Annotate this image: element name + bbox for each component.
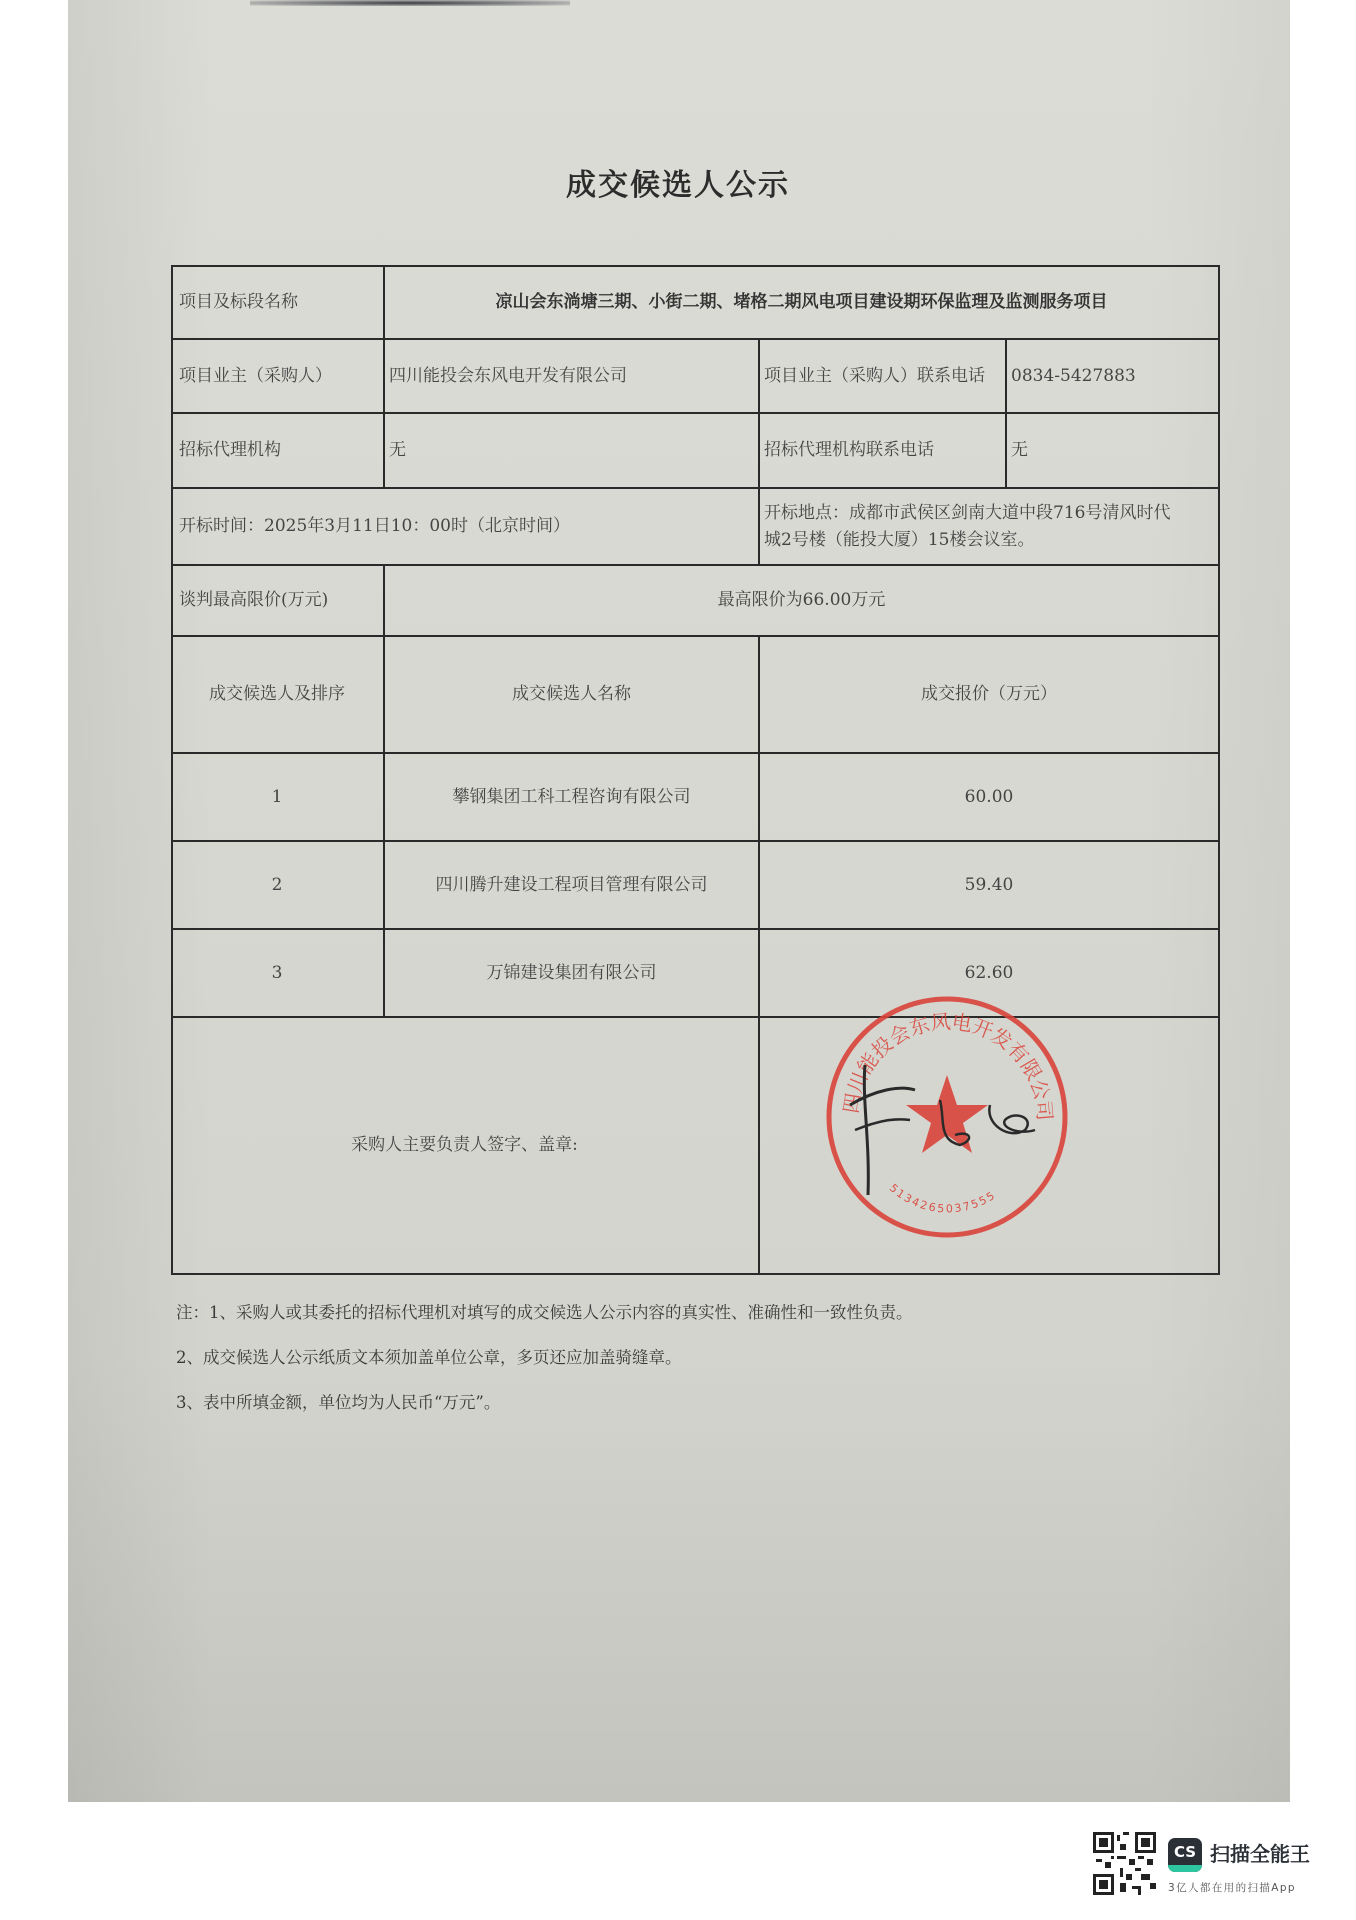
agency-label: 招标代理机构 — [171, 414, 383, 487]
candidate-price: 60.00 — [760, 754, 1218, 840]
owner-phone-value: 0834-5427883 — [1007, 340, 1218, 412]
candidate-price: 59.40 — [760, 842, 1218, 928]
candidate-rank: 1 — [171, 754, 383, 840]
agency-value: 无 — [385, 414, 758, 487]
opening-place: 开标地点：成都市武侯区剑南大道中段716号清风时代 城2号楼（能投大厦）15楼会… — [760, 489, 1218, 564]
owner-label: 项目业主（采购人） — [171, 340, 383, 412]
agency-phone-label: 招标代理机构联系电话 — [760, 414, 1005, 487]
candidate-name: 万锦建设集团有限公司 — [385, 930, 758, 1016]
max-price-value: 最高限价为66.00万元 — [385, 566, 1218, 635]
signature-label: 采购人主要负责人签字、盖章: — [171, 1018, 758, 1273]
opening-place-line2: 城2号楼（能投大厦）15楼会议室。 — [764, 527, 1170, 553]
opening-time: 开标时间：2025年3月11日10：00时（北京时间） — [171, 489, 758, 564]
owner-phone-label: 项目业主（采购人）联系电话 — [760, 340, 1005, 412]
header-price: 成交报价（万元） — [760, 637, 1218, 752]
seal-code-text: 5134265037555 — [887, 1181, 999, 1215]
header-name: 成交候选人名称 — [385, 637, 758, 752]
note-1: 注：1、采购人或其委托的招标代理机对填写的成交候选人公示内容的真实性、准确性和一… — [176, 1298, 913, 1343]
photo-shadow — [250, 0, 570, 6]
camscanner-logo-icon: CS — [1168, 1838, 1202, 1872]
agency-phone-value: 无 — [1007, 414, 1218, 487]
brand-tagline: 3亿人都在用的扫描App — [1168, 1880, 1296, 1895]
official-seal-icon: 四川能投会东风电开发有限公司 5134265037555 — [820, 990, 1075, 1245]
owner-value: 四川能投会东风电开发有限公司 — [385, 340, 758, 412]
note-3: 3、表中所填金额，单位均为人民币“万元”。 — [176, 1388, 913, 1433]
project-name-value: 凉山会东淌塘三期、小街二期、堵格二期风电项目建设期环保监理及监测服务项目 — [385, 267, 1218, 338]
qr-code-icon — [1093, 1832, 1156, 1895]
header-rank: 成交候选人及排序 — [171, 637, 383, 752]
opening-place-line1: 开标地点：成都市武侯区剑南大道中段716号清风时代 — [764, 500, 1170, 526]
note-2: 2、成交候选人公示纸质文本须加盖单位公章，多页还应加盖骑缝章。 — [176, 1343, 913, 1388]
candidate-name: 攀钢集团工科工程咨询有限公司 — [385, 754, 758, 840]
page-title: 成交候选人公示 — [0, 160, 1356, 204]
candidate-name: 四川腾升建设工程项目管理有限公司 — [385, 842, 758, 928]
svg-text:5134265037555: 5134265037555 — [887, 1181, 999, 1215]
project-name-label: 项目及标段名称 — [171, 267, 383, 338]
candidate-rank: 2 — [171, 842, 383, 928]
brand-name: 扫描全能王 — [1210, 1838, 1310, 1867]
candidate-rank: 3 — [171, 930, 383, 1016]
max-price-label: 谈判最高限价(万元) — [171, 566, 383, 635]
notes-section: 注：1、采购人或其委托的招标代理机对填写的成交候选人公示内容的真实性、准确性和一… — [176, 1298, 913, 1433]
